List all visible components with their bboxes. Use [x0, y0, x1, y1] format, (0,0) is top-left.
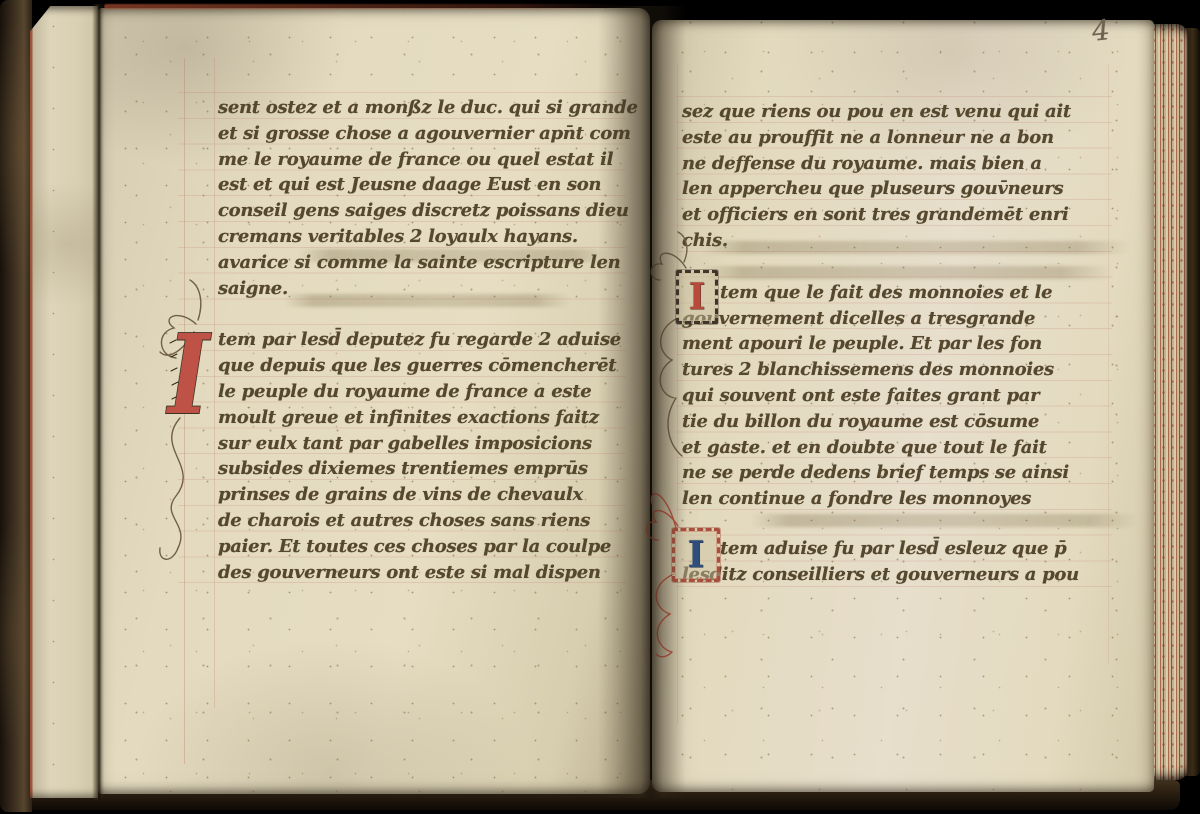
text-line: qui souvent ont este faites grant par	[682, 383, 1114, 409]
flyleaf-shadow-gap	[92, 4, 104, 800]
text-line: prinses de grains de vins de chevaulx	[218, 482, 620, 508]
text-line: le peuple du royaume de france a este	[218, 379, 620, 405]
text-line: et officiers en sont tres grandemēt enri	[682, 202, 1114, 228]
decorated-initial: I	[640, 222, 716, 478]
fore-edge-page-stack	[1150, 24, 1188, 780]
decorated-initial: I	[148, 268, 232, 568]
text-line: avarice si comme la sainte escripture le…	[218, 250, 620, 276]
initial-penwork-frame: I	[672, 528, 720, 582]
initial-letter: I	[165, 310, 212, 439]
pen-flourish	[640, 222, 716, 478]
text-line: des gouverneurs ont este si mal dispen	[218, 560, 620, 586]
text-line: paier. Et toutes ces choses par la coulp…	[218, 534, 620, 560]
left-cover-edge	[0, 0, 32, 812]
text-line: tie du billon du royaume est cōsume	[682, 409, 1114, 435]
text-line: tures 2 blanchissemens des monnoies	[682, 357, 1114, 383]
text-line: len continue a fondre les monnoyes	[682, 486, 1114, 512]
left-text-block: sent ostez et a monßz le duc. qui si gra…	[218, 95, 620, 585]
text-line: tem par lesd̄ deputez fu regarde 2 aduis…	[218, 327, 620, 353]
text-line: me le royaume de france ou quel estat il	[218, 147, 620, 173]
text-line: este au prouffit ne a lonneur ne a bon	[682, 125, 1114, 151]
initial-penwork-frame: I	[676, 270, 718, 324]
text-line: chis.	[682, 228, 1114, 254]
text-line: sez que riens ou pou en est venu qui ait	[682, 99, 1114, 125]
text-line: tem aduise fu par lesd̄ esleuz que p̄	[682, 536, 1114, 562]
decorated-initial: I	[636, 470, 720, 660]
text-line: sur eulx tant par gabelles imposicions	[218, 431, 620, 457]
text-line: et si grosse chose a agouvernier apn̄t c…	[218, 121, 620, 147]
text-line: subsides dixiemes trentiemes emprūs	[218, 456, 620, 482]
text-line: que depuis que les guerres cōmencherēt	[218, 353, 620, 379]
right-text-block: sez que riens ou pou en est venu qui ait…	[682, 99, 1114, 588]
page-top-red-edge	[104, 4, 624, 9]
text-line: gouvernement dicelles a tresgrande	[682, 306, 1114, 332]
folio-number: 4	[1090, 13, 1111, 48]
text-line: len appercheu que pluseurs gouv̄neurs	[682, 176, 1114, 202]
text-line: ne se perde dedens brief temps se ainsi	[682, 460, 1114, 486]
text-line: et gaste. et en doubte que tout le fait	[682, 435, 1114, 461]
initial-letter: I	[689, 279, 706, 315]
text-line: ne deffense du royaume. mais bien a	[682, 151, 1114, 177]
pen-flourish: I	[148, 268, 232, 568]
text-line: de charois et autres choses sans riens	[218, 508, 620, 534]
text-line: est et qui est Jeusne daage Eust en son	[218, 172, 620, 198]
text-line: tem que le fait des monnoies et le	[682, 280, 1114, 306]
text-line: lesditz conseilliers et gouverneurs a po…	[682, 562, 1114, 588]
text-line: moult greue et infinites exactions faitz	[218, 405, 620, 431]
text-line: conseil gens saiges discretz poissans di…	[218, 198, 620, 224]
manuscript-photo: sent ostez et a monßz le duc. qui si gra…	[0, 0, 1200, 814]
text-line: saigne.	[218, 276, 620, 302]
text-line: ment apouri le peuple. Et par les fon	[682, 331, 1114, 357]
initial-letter: I	[688, 537, 705, 573]
flyleaf-edge	[30, 6, 98, 798]
text-line: sent ostez et a monßz le duc. qui si gra…	[218, 95, 620, 121]
text-line: cremans veritables 2 loyaulx hayans.	[218, 224, 620, 250]
